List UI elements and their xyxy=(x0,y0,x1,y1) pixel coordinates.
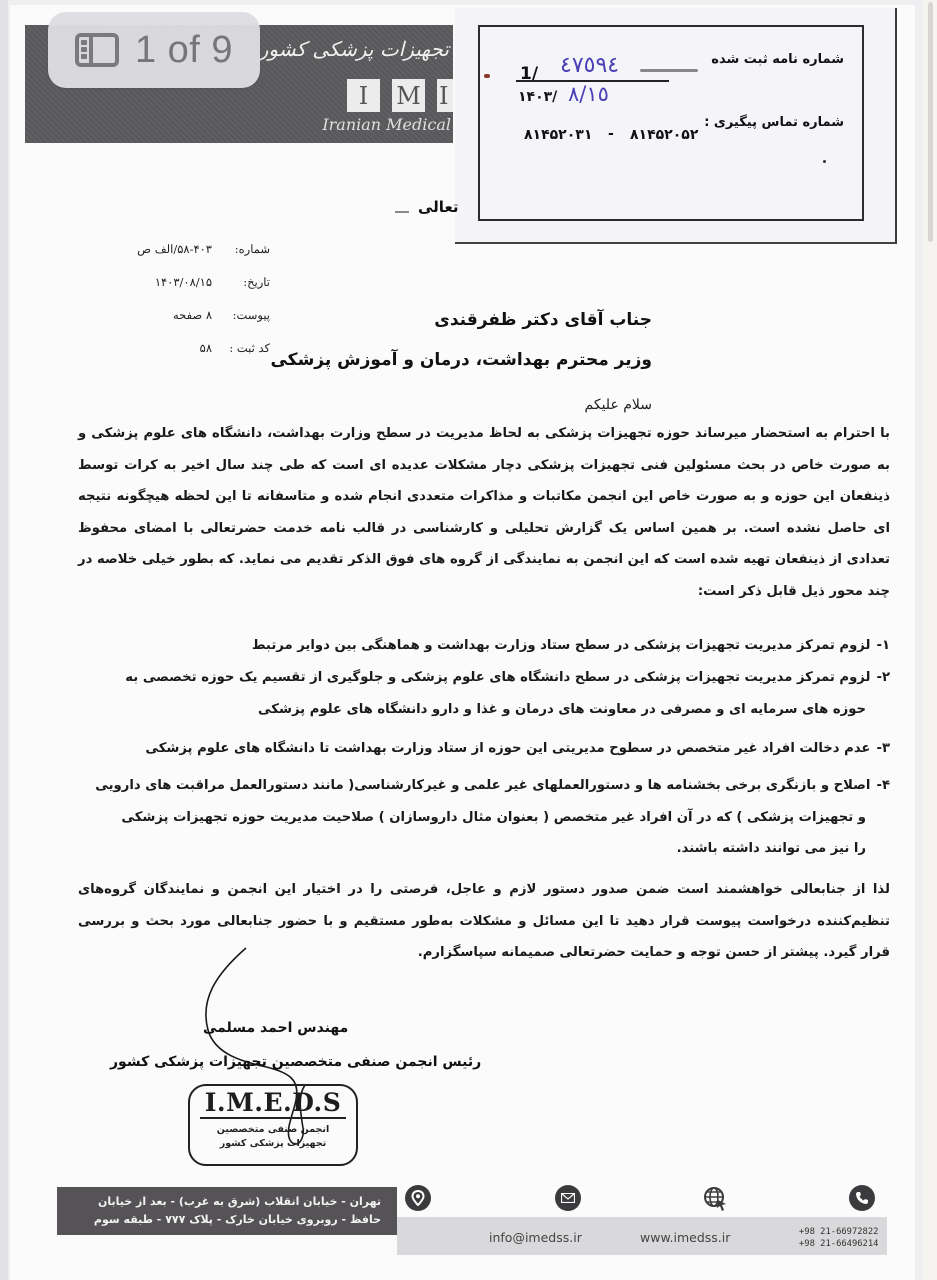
address-line-1: تهران - خیابان انقلاب (شرق به غرب) - بعد… xyxy=(67,1193,381,1211)
list-item-1: ۱-لزوم تمرکز مدیریت تجهیزات پزشکی در سطح… xyxy=(252,630,890,662)
stamp-mark xyxy=(823,160,826,163)
seal-sub-2: تجهیزات پزشکی کشور xyxy=(190,1137,356,1151)
list-text: لزوم تمرکز مدیریت تجهیزات پزشکی در سطح د… xyxy=(125,670,870,685)
footer-address: تهران - خیابان انقلاب (شرق به غرب) - بعد… xyxy=(57,1187,397,1235)
meta-row-attachment: پیوست: ۸ صفحه xyxy=(130,298,270,331)
meta-label: کد ثبت : xyxy=(224,341,270,355)
addressee-name: جناب آقای دکتر ظفرقندی xyxy=(434,310,652,330)
list-text: اصلاح و بازنگری برخی بخشنامه ها و دستورا… xyxy=(95,778,870,793)
list-number: ۲- xyxy=(876,662,890,694)
page-indicator-button[interactable]: 1 of 9 xyxy=(48,12,260,88)
body-closing-text: لذا از جنابعالی خواهشمند است ضمن صدور دس… xyxy=(78,874,890,969)
viewer-left-edge xyxy=(0,0,8,1280)
letterhead-latin-name: Iranian Medical xyxy=(322,115,451,134)
seal-sub-1: انجمن صنفی متخصصین xyxy=(190,1123,356,1137)
registered-date-handwritten: ٨/١٥ xyxy=(568,82,609,106)
list-number: ۴- xyxy=(876,770,890,802)
addressee-title: وزیر محترم بهداشت، درمان و آموزش پزشکی xyxy=(270,350,652,370)
meta-label: شماره: xyxy=(224,242,270,256)
followup-phone-1: ۸۱۴۵۲۰۵۲ xyxy=(630,127,698,143)
letter-meta: شماره: ۵۸-۴۰۳/الف ص تاریخ: ۱۴۰۳/۰۸/۱۵ پی… xyxy=(130,232,270,364)
phone-icon xyxy=(849,1185,875,1211)
body-intro: با احترام به استحضار میرساند حوزه تجهیزا… xyxy=(78,418,890,607)
registered-number-handwritten: ٤٧٥٩٤ xyxy=(560,53,619,78)
footer-website[interactable]: www.imedss.ir xyxy=(640,1230,730,1245)
meta-label: تاریخ: xyxy=(224,275,270,289)
location-pin-icon xyxy=(405,1185,431,1211)
list-continuation: حوزه های سرمایه ای و مصرفی در معاونت های… xyxy=(125,694,890,726)
greeting: سلام علیکم xyxy=(585,397,652,413)
registered-date-printed: ۱۴۰۳/ xyxy=(518,89,557,105)
logo-letter-partial: I xyxy=(437,79,453,112)
followup-phone-2: ۸۱۴۵۲۰۳۱ xyxy=(524,127,592,143)
registration-stamp-box: شماره نامه ثبت شده 1/ ٤٧٥٩٤ ۱۴۰۳/ ٨/١٥ ش… xyxy=(478,25,864,221)
association-seal: I.M.E.D.S انجمن صنفی متخصصین تجهیزات پزش… xyxy=(188,1084,358,1166)
letterhead-farsi-name: تجهیزات پزشکی کشور xyxy=(259,37,449,61)
document-viewer: تجهیزات پزشکی کشور I M I Iranian Medical… xyxy=(0,0,937,1280)
footer-phone-2: +98 21-66496214 xyxy=(799,1238,878,1250)
list-number: ۳- xyxy=(876,733,890,765)
sidebar-thumbnails-icon xyxy=(75,33,119,67)
scrollbar[interactable] xyxy=(923,0,937,1280)
body-closing: لذا از جنابعالی خواهشمند است ضمن صدور دس… xyxy=(78,874,890,969)
heading-fragment: تعالی xyxy=(418,198,459,216)
page-indicator-text: 1 of 9 xyxy=(135,29,233,72)
meta-value: ۵۸ xyxy=(130,341,224,355)
list-item-2: ۲-لزوم تمرکز مدیریت تجهیزات پزشکی در سطح… xyxy=(125,662,890,725)
meta-value: ۸ صفحه xyxy=(130,308,224,322)
seal-rule xyxy=(200,1117,346,1119)
signatory-title: رئیس انجمن صنفی متخصصین تجهیزات پزشکی کش… xyxy=(110,1054,481,1070)
red-ink-mark xyxy=(484,74,490,78)
footer-phones: +98 21-66972822 +98 21-66496214 xyxy=(799,1226,878,1250)
list-continuation: را نیز می توانند داشته باشند. xyxy=(95,833,890,865)
logo-letter-m: M xyxy=(392,79,425,112)
meta-value: ۱۴۰۳/۰۸/۱۵ xyxy=(130,275,224,289)
list-item-3: ۳-عدم دخالت افراد غیر متخصص در سطوح مدیر… xyxy=(145,733,890,765)
list-item-4: ۴-اصلاح و بازنگری برخی بخشنامه ها و دستو… xyxy=(95,770,890,865)
heading-dash xyxy=(395,211,409,213)
envelope-icon xyxy=(555,1185,581,1211)
registered-number-label: شماره نامه ثبت شده xyxy=(711,52,844,67)
body-intro-text: با احترام به استحضار میرساند حوزه تجهیزا… xyxy=(78,418,890,607)
followup-phone-label: شماره تماس پیگیری : xyxy=(704,115,844,130)
footer-phone-1: +98 21-66972822 xyxy=(799,1226,878,1238)
list-number: ۱- xyxy=(876,630,890,662)
globe-cursor-icon xyxy=(702,1185,728,1211)
meta-value: ۵۸-۴۰۳/الف ص xyxy=(130,242,224,256)
meta-row-date: تاریخ: ۱۴۰۳/۰۸/۱۵ xyxy=(130,265,270,298)
footer-email[interactable]: info@imedss.ir xyxy=(489,1230,582,1245)
list-text: لزوم تمرکز مدیریت تجهیزات پزشکی در سطح س… xyxy=(252,638,871,653)
signatory-name: مهندس احمد مسلمی xyxy=(203,1020,348,1036)
followup-phone-separator: - xyxy=(608,126,614,142)
meta-row-registration-code: کد ثبت : ۵۸ xyxy=(130,331,270,364)
list-text: عدم دخالت افراد غیر متخصص در سطوح مدیریت… xyxy=(145,741,870,756)
logo-letter-i: I xyxy=(347,79,380,112)
meta-label: پیوست: xyxy=(224,308,270,322)
letterhead-logo: I M I xyxy=(347,79,453,112)
address-line-2: حافظ - روبروی خیابان خارک - پلاک ۷۷۷ - ط… xyxy=(67,1211,381,1229)
meta-row-number: شماره: ۵۸-۴۰۳/الف ص xyxy=(130,232,270,265)
seal-main-text: I.M.E.D.S xyxy=(190,1088,356,1117)
list-continuation: و تجهیزات پزشکی ) که در آن افراد غیر متخ… xyxy=(95,802,890,834)
scrollbar-thumb[interactable] xyxy=(928,2,933,242)
handwritten-dash xyxy=(640,69,698,72)
